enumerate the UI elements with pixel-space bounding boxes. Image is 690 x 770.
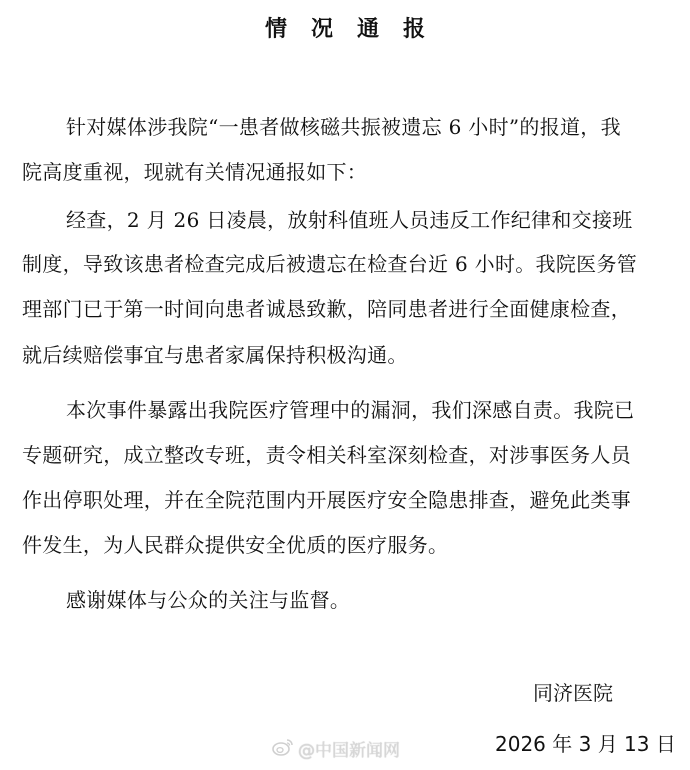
watermark: @中国新闻网 bbox=[272, 736, 400, 761]
paragraph-line: 件发生，为人民群众提供安全优质的医疗服务。 bbox=[22, 531, 672, 559]
paragraph-line: 本次事件暴露出我院医疗管理中的漏洞，我们深感自责。我院已 bbox=[66, 396, 690, 424]
paragraph-line: 就后续赔偿事宜与患者家属保持积极沟通。 bbox=[22, 341, 672, 369]
weibo-icon bbox=[272, 738, 294, 760]
paragraph-line: 经查，2 月 26 日凌晨，放射科值班人员违反工作纪律和交接班 bbox=[66, 206, 690, 234]
watermark-text: @中国新闻网 bbox=[298, 741, 400, 761]
document-title: 情况通报 bbox=[0, 12, 690, 48]
paragraph-line: 院高度重视，现就有关情况通报如下： bbox=[22, 158, 672, 186]
paragraph-line: 感谢媒体与公众的关注与监督。 bbox=[66, 586, 690, 614]
signature-organization: 同济医院 bbox=[533, 679, 613, 707]
signature-date: 2026 年 3 月 13 日 bbox=[495, 730, 676, 758]
paragraph-line: 专题研究，成立整改专班，责令相关科室深刻检查，对涉事医务人员 bbox=[22, 441, 672, 469]
paragraph-line: 作出停职处理，并在全院范围内开展医疗安全隐患排查，避免此类事 bbox=[22, 486, 672, 514]
paragraph-line: 制度，导致该患者检查完成后被遗忘在检查台近 6 小时。我院医务管 bbox=[22, 250, 672, 278]
paragraph-line: 理部门已于第一时间向患者诚恳致歉，陪同患者进行全面健康检查， bbox=[22, 295, 672, 323]
paragraph-line: 针对媒体涉我院“一患者做核磁共振被遗忘 6 小时”的报道，我 bbox=[66, 113, 690, 141]
